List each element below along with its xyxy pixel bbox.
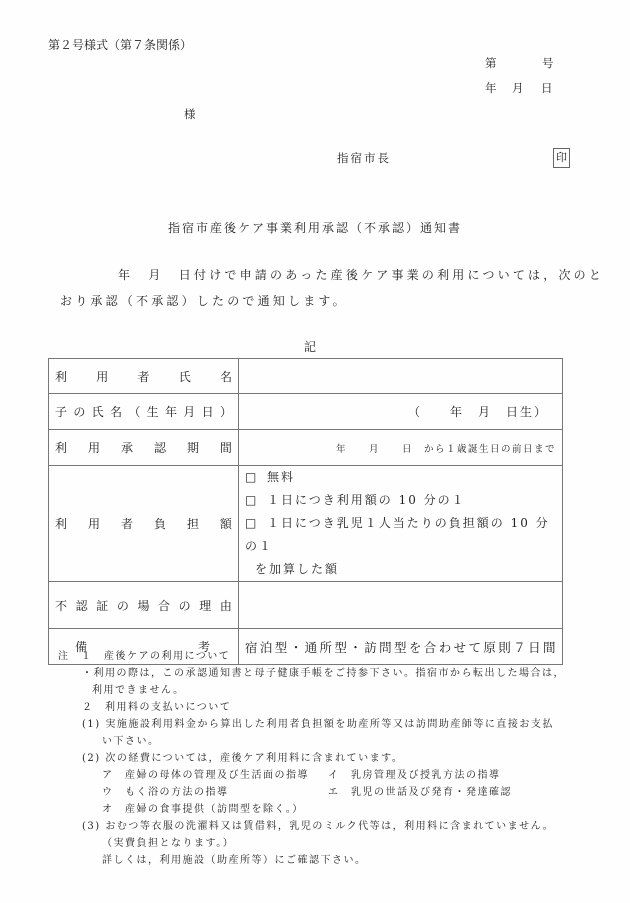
- ki-heading: 記: [0, 338, 620, 355]
- date-month-label: 月: [512, 80, 524, 96]
- note-items-row-2: ウ もく浴の方法の指導 エ 乳児の世話及び発育・発達確認: [58, 784, 565, 801]
- table-row-user-charge: 利 用 者 負 担 額 □無料 □１日につき利用額の 10 分の１ □１日につき…: [49, 466, 563, 582]
- note-1-body-line-2: 利用できません。: [58, 682, 565, 699]
- label-child-name: 子 の 氏 名 （ 生 年 月 日 ）: [49, 394, 239, 430]
- checkbox-icon[interactable]: □: [245, 489, 267, 512]
- table-row-approval-period: 利 用 承 認 期 間 年 月 日 から１歳誕生日の前日まで: [49, 430, 563, 466]
- label-rejection-reason: 不 認 証 の 場 合 の 理 由: [49, 582, 239, 629]
- value-user-charge-options: □無料 □１日につき利用額の 10 分の１ □１日につき乳児１人当たりの負担額の…: [239, 466, 563, 582]
- checkbox-icon[interactable]: □: [245, 512, 267, 535]
- note-item-a: ア 産婦の母体の管理及び生活面の指導: [102, 767, 328, 784]
- form-number: 第２号様式（第７条関係）: [48, 36, 192, 53]
- note-1-heading: 注 １ 産後ケアの利用について: [58, 648, 565, 665]
- checkbox-icon[interactable]: □: [245, 466, 267, 489]
- body-text-line-2: おり承認（不承認）したので通知します。: [60, 292, 348, 309]
- label-user-charge: 利 用 者 負 担 額: [49, 466, 239, 582]
- doc-number-suffix: 号: [542, 55, 554, 71]
- document-title: 指宿市産後ケア事業利用承認（不承認）通知書: [0, 219, 630, 236]
- note-item-u: ウ もく浴の方法の指導: [102, 784, 328, 801]
- value-child-birthdate: （ 年 月 日生）: [239, 394, 563, 430]
- charge-option-continuation: を加算した額: [245, 558, 562, 581]
- notice-table: 利 用 者 氏 名 子 の 氏 名 （ 生 年 月 日 ） （ 年 月: [48, 358, 563, 665]
- note-2-1-line-1: (1) 実施施設利用料金から算出した利用者負担額を助産所等又は訪問助産師等に直接…: [58, 716, 565, 733]
- value-user-name: [239, 359, 563, 394]
- label-user-name: 利 用 者 氏 名: [49, 359, 239, 394]
- note-item-i: イ 乳房管理及び授乳方法の指導: [328, 767, 501, 784]
- note-2-1-line-2: い下さい。: [58, 733, 565, 750]
- issuer-name: 指宿市長: [337, 150, 391, 166]
- note-2-3-line-3: 詳しくは，利用施設（助産所等）にご確認下さい。: [58, 852, 565, 869]
- note-2-3-line-2: （実費負担となります。）: [58, 835, 565, 852]
- note-item-o: オ 産婦の食事提供（訪問型を除く。）: [58, 801, 565, 818]
- note-item-e: エ 乳児の世話及び発育・発達確認: [328, 784, 512, 801]
- table-row-user-name: 利 用 者 氏 名: [49, 359, 563, 394]
- doc-number-prefix: 第: [485, 55, 497, 71]
- charge-option-free[interactable]: □無料: [245, 466, 562, 489]
- body-text-line-1: 年 月 日付けで申請のあった産後ケア事業の利用については，次のと: [118, 266, 604, 283]
- date-day-label: 日: [541, 80, 553, 96]
- addressee-suffix: 様: [184, 106, 196, 122]
- note-2-2: (2) 次の経費については，産後ケア利用料に含まれています。: [58, 750, 565, 767]
- label-approval-period: 利 用 承 認 期 間: [49, 430, 239, 466]
- seal-icon: 印: [553, 148, 570, 168]
- note-items-row-1: ア 産婦の母体の管理及び生活面の指導 イ 乳房管理及び授乳方法の指導: [58, 767, 565, 784]
- value-approval-period: 年 月 日 から１歳誕生日の前日まで: [239, 430, 563, 466]
- notes-section: 注 １ 産後ケアの利用について ・利用の際は，この承認通知書と母子健康手帳をご持…: [58, 648, 565, 869]
- table-row-rejection-reason: 不 認 証 の 場 合 の 理 由: [49, 582, 563, 629]
- table-row-child-name: 子 の 氏 名 （ 生 年 月 日 ） （ 年 月 日生）: [49, 394, 563, 430]
- charge-option-one-tenth[interactable]: □１日につき利用額の 10 分の１: [245, 489, 562, 512]
- date-year-label: 年: [485, 80, 497, 96]
- note-2-heading: ２ 利用料の支払いについて: [58, 699, 565, 716]
- note-2-3-line-1: (3) おむつ等衣服の洗濯料又は賃借料，乳児のミルク代等は，利用料に含まれていま…: [58, 818, 565, 835]
- note-1-body-line-1: ・利用の際は，この承認通知書と母子健康手帳をご持参下さい。指宿市から転出した場合…: [58, 665, 565, 682]
- charge-option-infant-addition[interactable]: □１日につき乳児１人当たりの負担額の 10 分の１: [245, 512, 562, 558]
- value-rejection-reason: [239, 582, 563, 629]
